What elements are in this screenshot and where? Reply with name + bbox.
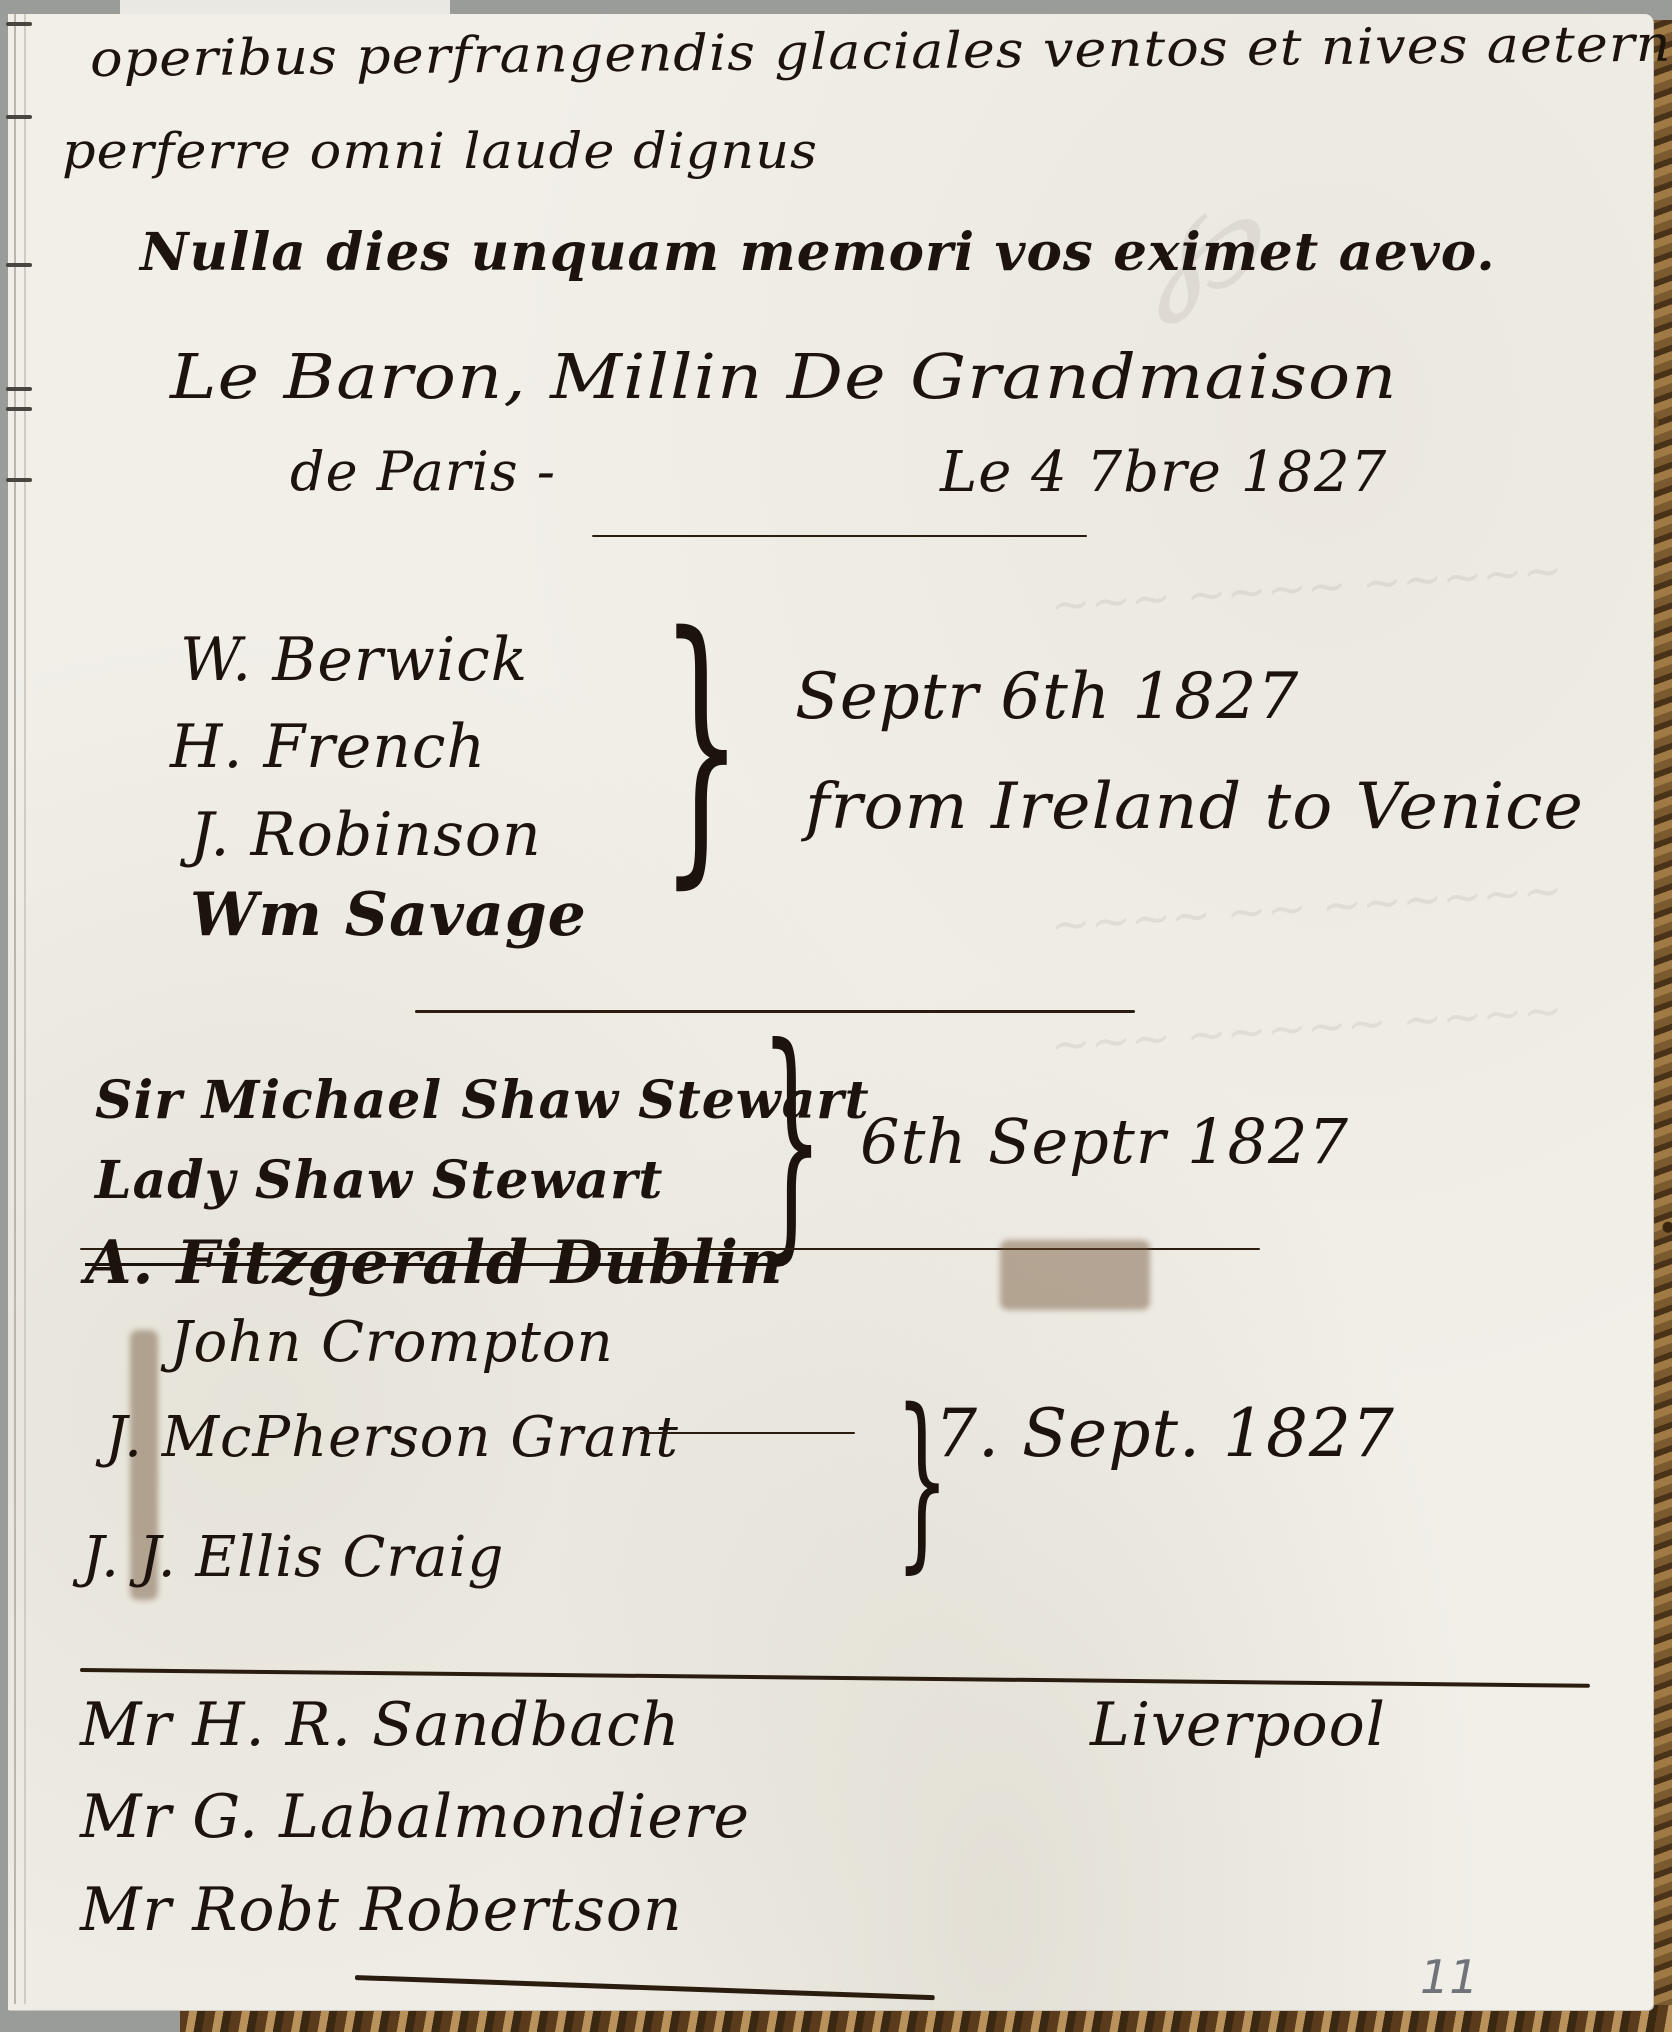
separator-rule	[592, 535, 1087, 537]
entry-5-name-3: Mr Robt Robertson	[80, 1875, 683, 1945]
entry-4-date: 7. Sept. 1827	[935, 1395, 1395, 1472]
binding-stitch	[6, 263, 32, 267]
entry-5-place: Liverpool	[1090, 1690, 1386, 1760]
entry-1-date: Le 4 7bre 1827	[940, 440, 1387, 505]
entry-5-name-1: Mr H. R. Sandbach	[80, 1690, 680, 1760]
entry-3-name-2: Lady Shaw Stewart	[95, 1150, 663, 1211]
entry-2-name-2: H. French	[170, 712, 486, 782]
binding-stitch	[6, 22, 32, 26]
binding-stitch	[6, 115, 32, 119]
entry-5-name-2: Mr G. Labalmondiere	[80, 1782, 750, 1852]
motto-line-3: Nulla dies unquam memori vos eximet aevo…	[140, 222, 1496, 283]
underline-stroke	[640, 1432, 855, 1434]
entry-1-name: Le Baron, Millin De Grandmaison	[170, 340, 1398, 413]
binding-stitch	[6, 478, 32, 482]
entry-2-note: from Ireland to Venice	[805, 770, 1584, 844]
entry-2-name-1: W. Berwick	[180, 625, 528, 695]
entry-3-name-1: Sir Michael Shaw Stewart	[95, 1070, 870, 1131]
brace-bracket: }	[660, 600, 743, 890]
entry-2-date: Septr 6th 1827	[795, 660, 1299, 734]
entry-4-name-2: John Crompton	[170, 1310, 614, 1375]
motto-line-2: perferre omni laude dignus	[62, 122, 818, 180]
entry-4-struck-name: A. Fitzgerald Dublin	[85, 1228, 784, 1298]
binding-stitch	[6, 387, 32, 391]
entry-2-name-3: J. Robinson	[190, 800, 542, 870]
entry-1-place: de Paris -	[290, 440, 556, 503]
page-number: 11	[1420, 1950, 1479, 2004]
entry-4-name-4: J. J. Ellis Craig	[82, 1525, 504, 1590]
ink-blot	[1000, 1240, 1150, 1310]
entry-3-date: 6th Septr 1827	[860, 1105, 1349, 1178]
entry-2-name-4: Wm Savage	[190, 880, 587, 950]
binding-thread	[14, 14, 26, 2004]
entry-4-name-3: J. McPherson Grant	[105, 1405, 679, 1470]
binding-stitch	[6, 407, 32, 411]
